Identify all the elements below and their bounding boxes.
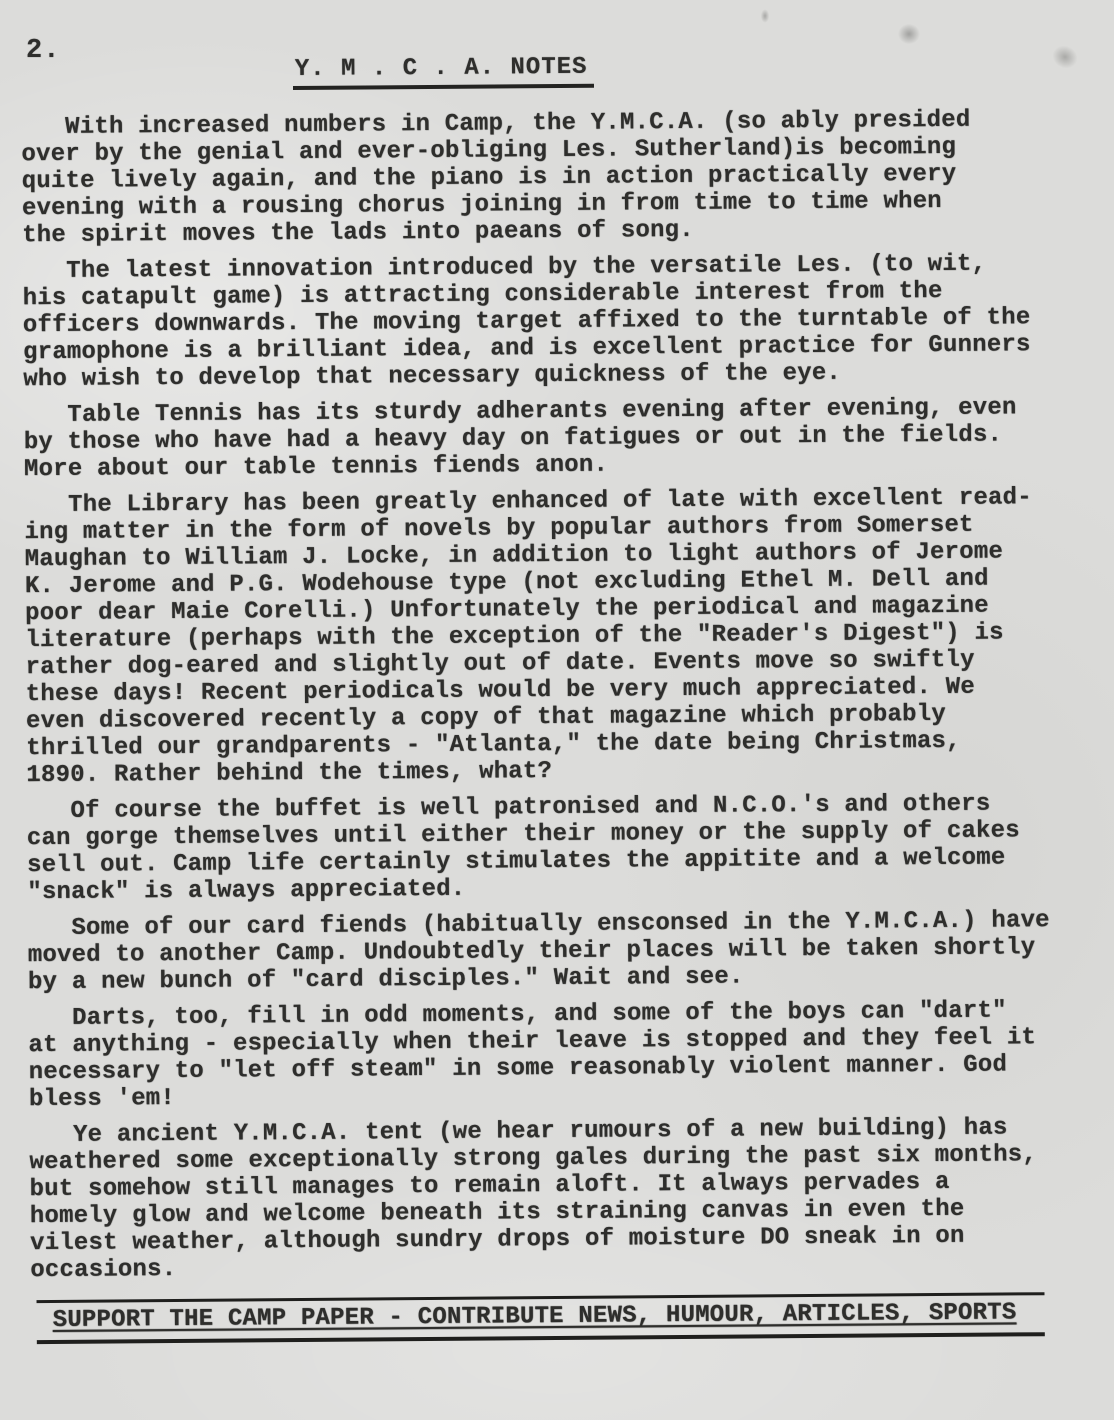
footer-slogan: SUPPORT THE CAMP PAPER - CONTRIBUTE NEWS… — [53, 1299, 1017, 1334]
typewritten-content: Y. M . C . A. NOTES With increased numbe… — [0, 0, 1114, 1344]
body-paragraph-2: The latest innovation introduced by the … — [22, 250, 1069, 393]
footer-banner: SUPPORT THE CAMP PAPER - CONTRIBUTE NEWS… — [37, 1292, 1045, 1344]
body-paragraph-5: Of course the buffet is well patronised … — [27, 790, 1074, 906]
article-body: With increased numbers in Camp, the Y.M.… — [21, 106, 1076, 1284]
body-paragraph-7: Darts, too, fill in odd moments, and som… — [28, 997, 1075, 1113]
body-paragraph-8: Ye ancient Y.M.C.A. tent (we hear rumour… — [29, 1114, 1076, 1284]
body-paragraph-1: With increased numbers in Camp, the Y.M.… — [21, 106, 1068, 249]
document-page: 2. Y. M . C . A. NOTES With increased nu… — [0, 0, 1114, 1420]
page-title: Y. M . C . A. NOTES — [293, 54, 594, 90]
body-paragraph-4: The Library has been greatly enhanced of… — [24, 484, 1072, 789]
body-paragraph-3: Table Tennis has its sturdy adherants ev… — [23, 394, 1070, 483]
body-paragraph-6: Some of our card fiends (habitually ensc… — [27, 907, 1074, 996]
